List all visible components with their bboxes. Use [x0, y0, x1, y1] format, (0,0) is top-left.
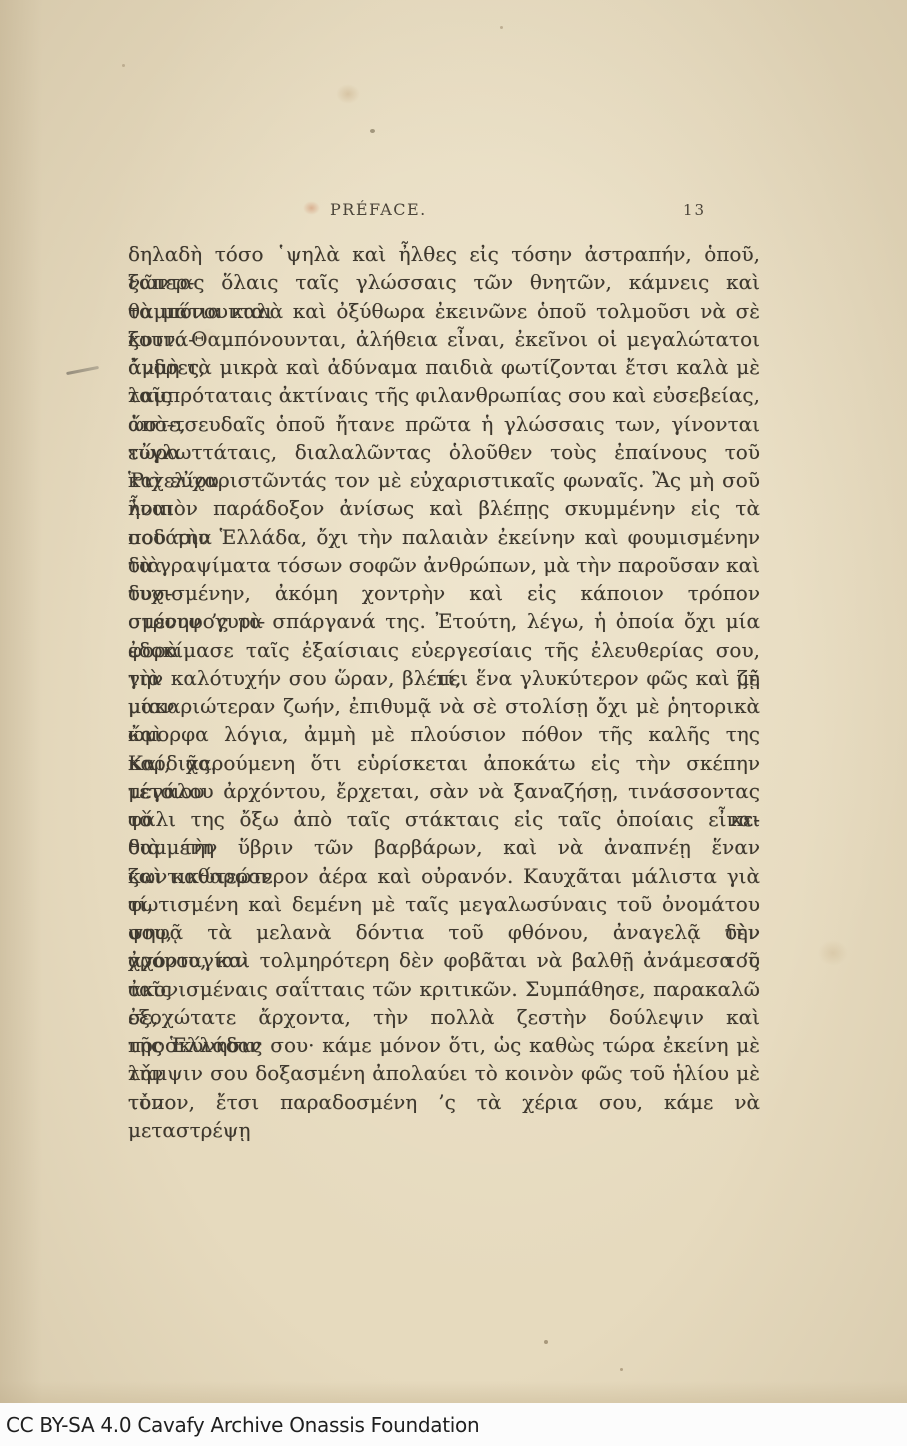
- text-line: λάμψιν σου δοξασμένη ἀπολαύει τὸ κοινὸν …: [128, 1059, 760, 1087]
- text-line: Καί, χαρούμενη ὅτι εὑρίσκεται ἀποκάτω εἰ…: [128, 749, 760, 777]
- text-line: φωτισμένη καὶ δεμένη μὲ ταῖς μεγαλωσύναι…: [128, 890, 760, 918]
- text-line: σμένην ’ς τὰ σπάργανά της. Ἐτούτη, λέγω,…: [128, 607, 760, 635]
- text-line: καὶ καθαρώτερον ἀέρα καὶ οὐρανόν. Καυχᾶτ…: [128, 862, 760, 890]
- license-bar: CC BY-SA 4.0 Cavafy Archive Onassis Foun…: [0, 1403, 907, 1446]
- text-line: ἐξοχώτατε ἄρχοντα, τὴν πολλὰ ζεστὴν δούλ…: [128, 1003, 760, 1031]
- paper-speck: [620, 1368, 623, 1371]
- scanned-book-page-view: PRÉFACE. 13 δηλαδὴ τόσο ῾ψηλὰ καὶ ἦλθες …: [0, 0, 907, 1446]
- text-line: τῆς Ἑλλάδας σου· κάμε μόνον ὅτι, ὡς καθὼ…: [128, 1031, 760, 1059]
- text-line: φάλι της ὄξω ἀπὸ ταῖς στάκταις εἰς ταῖς …: [128, 805, 760, 833]
- paper-speck: [122, 64, 125, 67]
- text-line: ἀπὸ-τσευδαῖς ὁποῦ ἤτανε πρῶτα ἡ γλώσσαις…: [128, 410, 760, 438]
- text-line: ἀμμὴ τὰ μικρὰ καὶ ἀδύναμα παιδιὰ φωτίζον…: [128, 353, 760, 381]
- text-line: τὰ μάτια καλὰ καὶ ὀξύθωρα ἐκεινῶνε ὁποῦ …: [128, 297, 760, 325]
- text-line: ὤμορφα λόγια, ἀμμὴ μὲ πλούσιον πόθον τῆς…: [128, 720, 760, 748]
- text-line: σου τὴν Ἑλλάδα, ὄχι τὴν παλαιὰν ἐκείνην …: [128, 523, 760, 551]
- paper-speck: [500, 26, 503, 29]
- text-line: ξουν. Θαμπόνουνται, ἀλήθεια εἶναι, ἐκεῖν…: [128, 325, 760, 353]
- text-line: τὰ γραψίματα τόσων σοφῶν ἀνθρώπων, μὰ τὴ…: [128, 551, 760, 579]
- paper-speck: [370, 129, 375, 133]
- text-line: μεγάλου ἀρχόντου, ἔρχεται, σὰν νὰ ξαναζή…: [128, 777, 760, 805]
- paper-stain: [336, 84, 360, 104]
- paper-speck: [544, 1340, 548, 1344]
- text-line: καὶ εὐχαριστῶντάς τον μὲ εὐχαριστικαῖς φ…: [128, 466, 760, 494]
- text-line: τυχισμένην, ἀκόμη χοντρὴν καὶ εἰς κάποιο…: [128, 579, 760, 607]
- text-line: ψηφᾷ τὰ μελανὰ δόντια τοῦ φθόνου, ἀναγελ…: [128, 918, 760, 946]
- text-line: ἐδοκίμασε ταῖς ἐξαίσιαις εὐεργεσίαις τῆς…: [128, 636, 760, 664]
- text-line: λαμπρόταταις ἀκτίναις τῆς φιλανθρωπίας σ…: [128, 381, 760, 409]
- scanned-page: PRÉFACE. 13 δηλαδὴ τόσο ῾ψηλὰ καὶ ἦλθες …: [0, 0, 907, 1403]
- text-line: τὴν καλότυχήν σου ὥραν, βλέπει ἕνα γλυκύ…: [128, 664, 760, 692]
- text-line: τύπον, ἔτσι παραδοσμένη ’ς τὰ χέρια σου,…: [128, 1088, 760, 1116]
- text-line: χρόνου, καὶ τολμηρότερη δὲν φοβᾶται νὰ β…: [128, 946, 760, 974]
- text-line: δηλαδὴ τόσο ῾ψηλὰ καὶ ἦλθες εἰς τόσην ἀσ…: [128, 240, 760, 268]
- page-number: 13: [683, 201, 706, 219]
- pencil-mark: [66, 366, 99, 375]
- paper-stain: [818, 940, 848, 966]
- text-line: διὰ τὴν ὕβριν τῶν βαρβάρων, καὶ νὰ ἀναπν…: [128, 833, 760, 861]
- license-caption: CC BY-SA 4.0 Cavafy Archive Onassis Foun…: [0, 1413, 479, 1437]
- text-line: μακαριώτεραν ζωήν, ἐπιθυμᾷ νὰ σὲ στολίσῃ…: [128, 692, 760, 720]
- body-text: δηλαδὴ τόσο ῾ψηλὰ καὶ ἦλθες εἰς τόσην ἀσ…: [128, 240, 760, 1116]
- paper-stain: [303, 201, 320, 215]
- running-header-title: PRÉFACE.: [330, 200, 427, 219]
- text-line: νῶντας ὅλαις ταῖς γλώσσαις τῶν θνητῶν, κ…: [128, 268, 760, 296]
- text-line: εὐγλωττάταις, διαλαλῶντας ὁλοῦθεν τοὺς ἐ…: [128, 438, 760, 466]
- text-line: λοιπὸν παράδοξον ἀνίσως καὶ βλέπῃς σκυμμ…: [128, 494, 760, 522]
- text-line: ἀκονισμέναις σαΐτταις τῶν κριτικῶν. Συμπ…: [128, 975, 760, 1003]
